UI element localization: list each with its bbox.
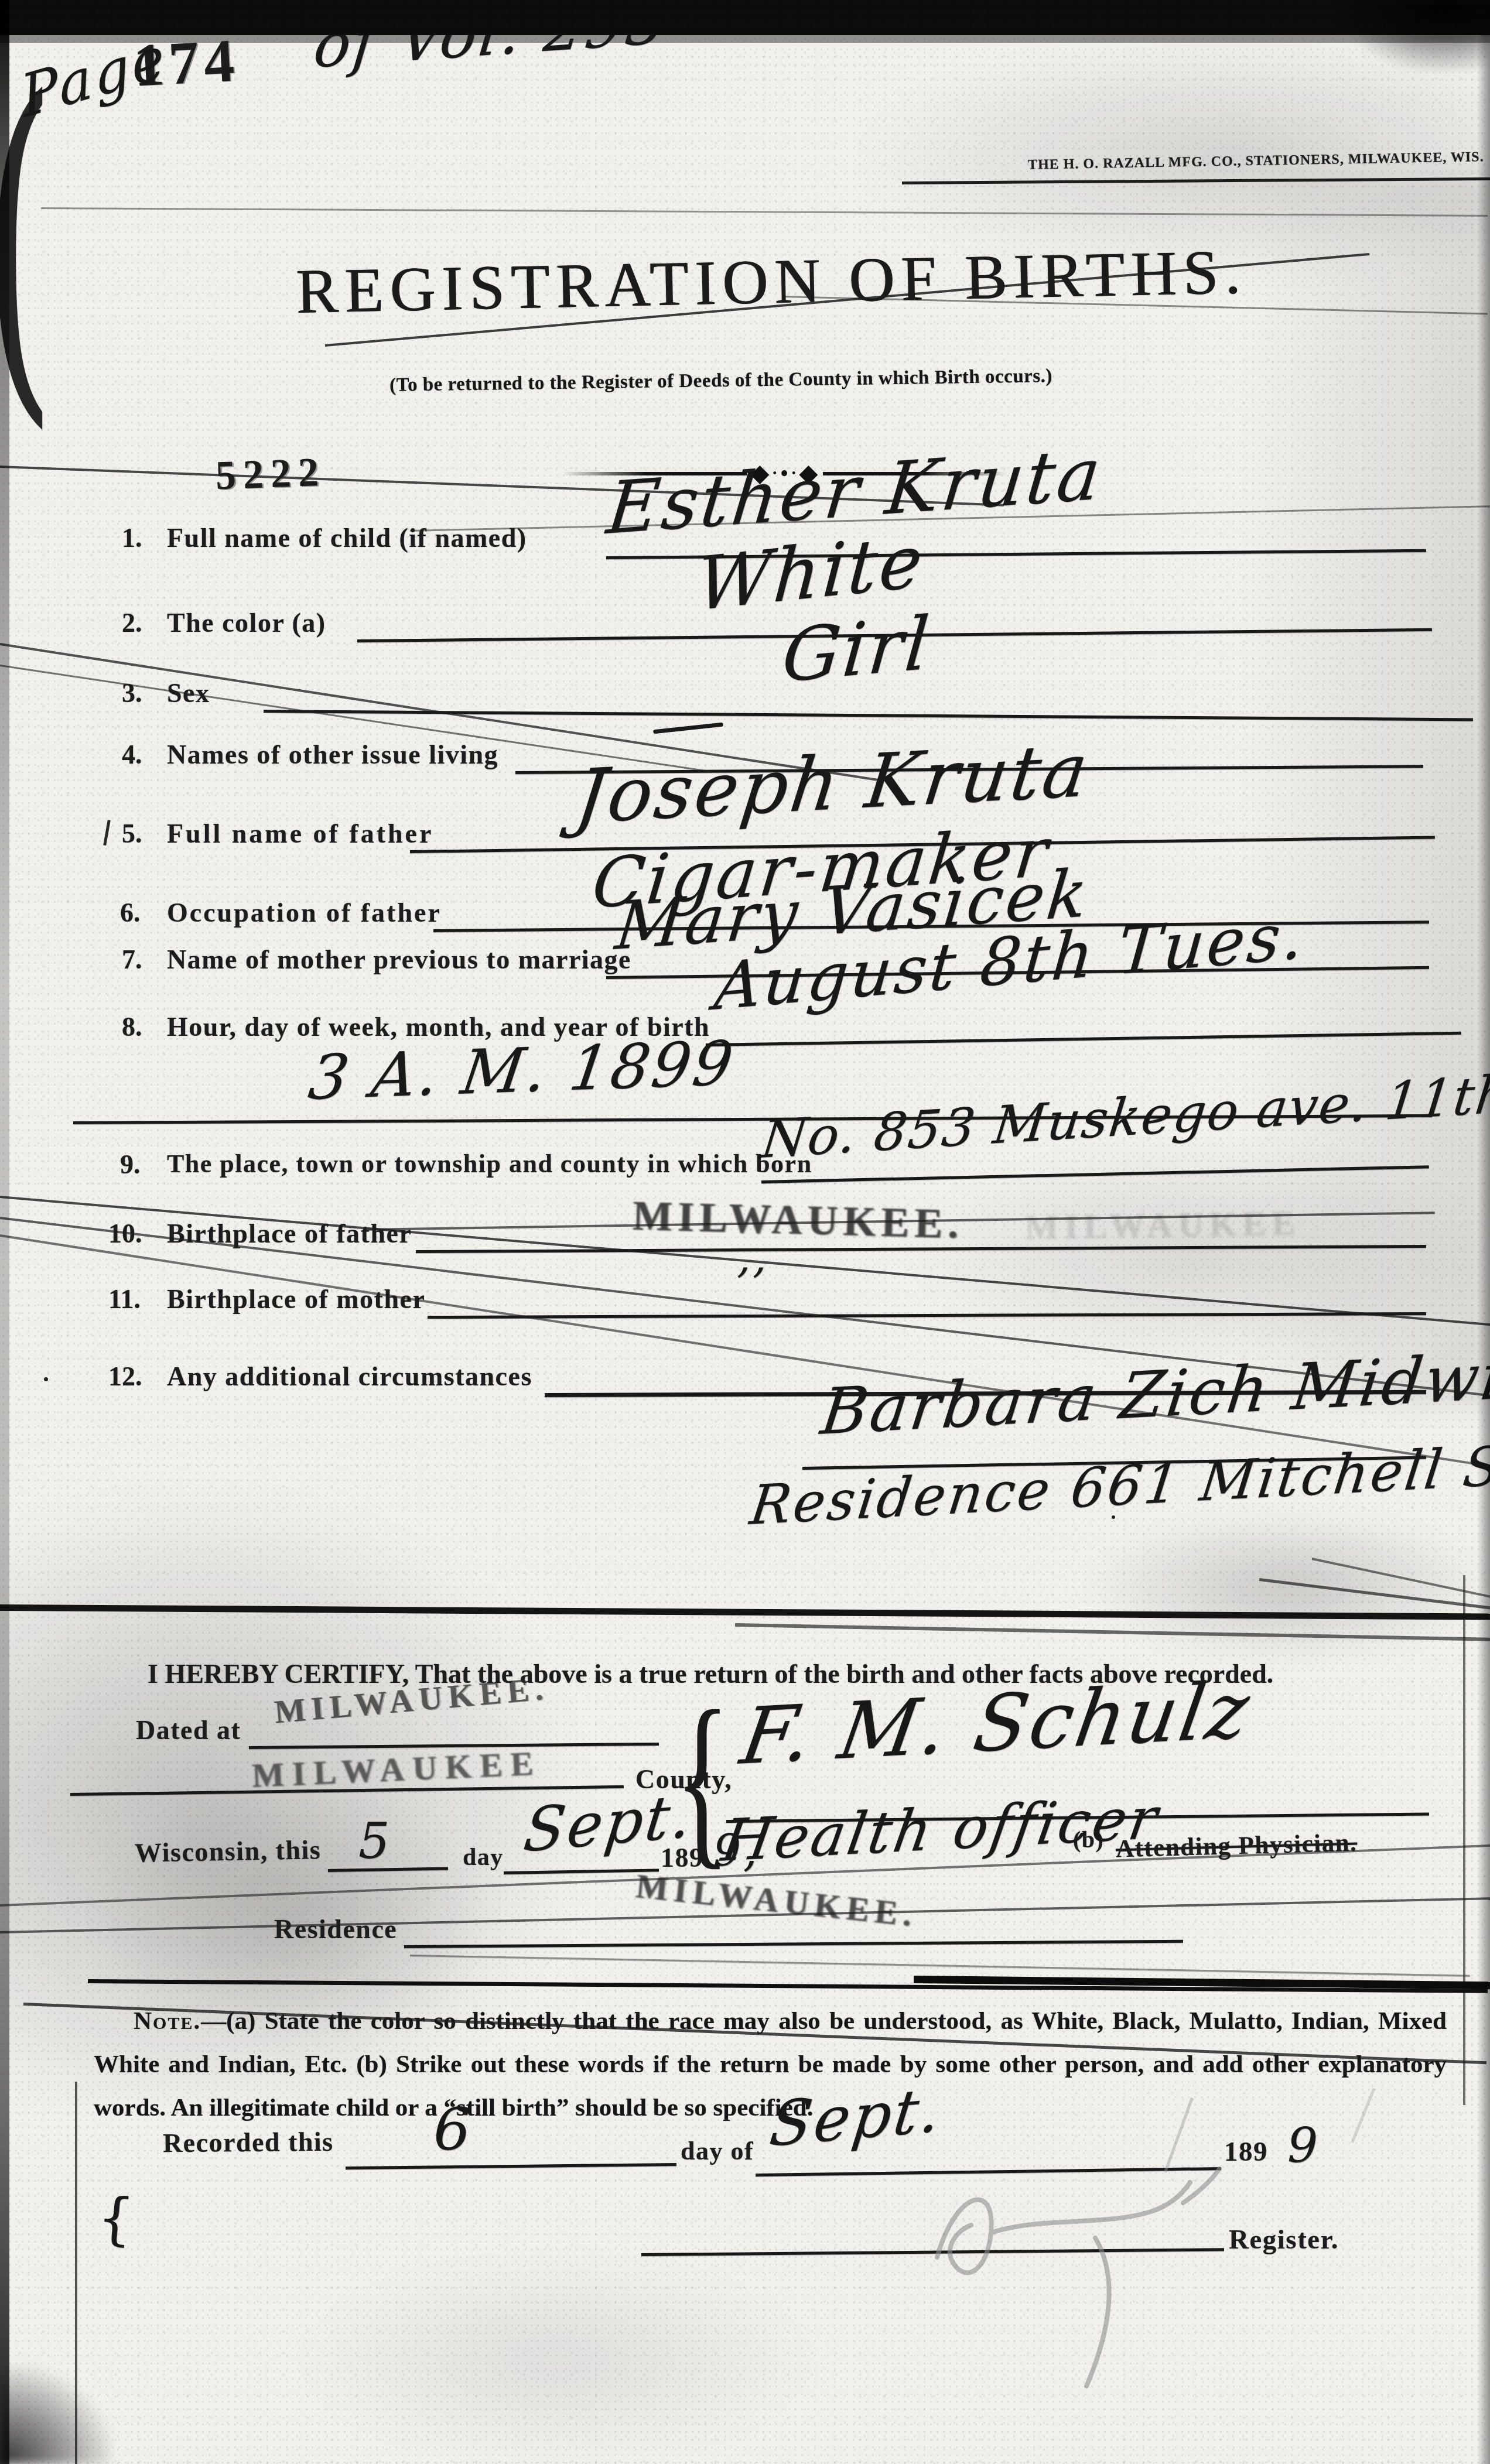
document-title: REGISTRATION OF BIRTHS.: [295, 236, 1248, 328]
note-body: —(a) State the color so distinctly that …: [94, 2007, 1447, 2121]
field-label-additional: Any additional circumstances: [167, 1361, 532, 1392]
right-edge-shadow: [1477, 0, 1490, 2464]
field-number: 11.: [108, 1284, 141, 1315]
corner-blob: [1341, 0, 1490, 70]
stray-ink-mark: [103, 820, 111, 846]
recorded-year-handwriting: 9: [1287, 2119, 1320, 2174]
field-label-color: The color (a): [167, 607, 326, 638]
birthplace-handwriting: No. 853 Muskego ave. 11th Ward: [758, 1053, 1490, 1170]
day-label: day: [463, 1843, 504, 1871]
field-number: 12.: [108, 1361, 142, 1392]
sex-handwriting: Girl: [779, 601, 934, 699]
corner-blob: [0, 2366, 111, 2464]
scan-streak: [41, 207, 1488, 217]
field-label-birthplace: The place, town or township and county i…: [167, 1149, 812, 1179]
recorded-label: Recorded this: [163, 2126, 334, 2159]
paper-smudge: [293, 2254, 820, 2464]
brace-mark: {: [95, 2184, 139, 2253]
volume-script: of Vol. 293: [310, 0, 671, 82]
register-signature-strokes: [914, 2137, 1253, 2395]
month-rule: [504, 1868, 659, 1874]
field-label-mother-birthplace: Birthplace of mother: [167, 1284, 425, 1315]
birth-registration-document: Page 174 of Vol. 293 ( THE H. O. RAZALL …: [0, 0, 1490, 2464]
year-handwriting: 9,: [713, 1826, 760, 1876]
recorded-day-rule: [346, 2163, 676, 2169]
residence-rule: [404, 1940, 1183, 1948]
field-number: 3.: [122, 677, 142, 709]
birth-note-paragraph: Note.—(a) State the color so distinctly …: [94, 2000, 1447, 2130]
field-label-father-name: Full name of father: [167, 818, 433, 849]
left-margin-line: [75, 2082, 77, 2464]
field-label-other-issue: Names of other issue living: [167, 739, 498, 770]
field-number: 5.: [122, 818, 142, 849]
residence-label: Residence: [274, 1914, 397, 1945]
ditto-marks: ’’: [732, 1259, 769, 1308]
field-number: 4.: [122, 739, 142, 770]
day-handwriting: 5: [358, 1812, 392, 1870]
field-number: 9.: [120, 1149, 141, 1180]
section-break-rule: [0, 1604, 1490, 1620]
milwaukee-stamp-ghost: MILWAUKEE: [1024, 1203, 1301, 1248]
midwife-signature-handwriting: Barbara Zich Midwife: [817, 1336, 1490, 1449]
recorded-day-handwriting: 6: [433, 2095, 473, 2164]
wisconsin-line-label: Wisconsin, this: [135, 1834, 322, 1868]
field-label-child-name: Full name of child (if named): [167, 522, 527, 553]
field-rule: [428, 1312, 1426, 1319]
right-margin-line: [1463, 1575, 1465, 2105]
field-rule: [761, 1165, 1429, 1183]
scan-streak: [1259, 1578, 1490, 1611]
return-instruction: (To be returned to the Register of Deeds…: [389, 365, 1052, 396]
section-break-rule: [735, 1623, 1490, 1641]
scan-streak: [902, 177, 1490, 184]
field-rule: [706, 1032, 1461, 1046]
field-number: 1.: [122, 522, 142, 553]
birth-time-handwriting: 3 A. M. 1899: [305, 1027, 740, 1114]
ink-flourish: (: [0, 23, 57, 460]
field-number: 7.: [122, 944, 142, 975]
paper-smudge: [1084, 1511, 1490, 1663]
stationer-imprint: THE H. O. RAZALL MFG. CO., STATIONERS, M…: [1028, 149, 1484, 173]
field-number: 8.: [122, 1011, 142, 1042]
dated-at-label: Dated at: [136, 1714, 241, 1746]
ink-dot: [44, 1377, 48, 1381]
field-label-father-occupation: Occupation of father: [167, 897, 442, 928]
residence-rule-echo: [410, 1955, 1470, 1977]
dash-handwriting: [653, 723, 723, 734]
milwaukee-stamp-residence: MILWAUKEE.: [634, 1866, 920, 1935]
field-number: 6.: [120, 897, 141, 928]
field-label-mother-name: Name of mother previous to marriage: [167, 944, 631, 975]
day-of-label: day of: [681, 2136, 754, 2166]
field-number: 2.: [122, 607, 142, 638]
